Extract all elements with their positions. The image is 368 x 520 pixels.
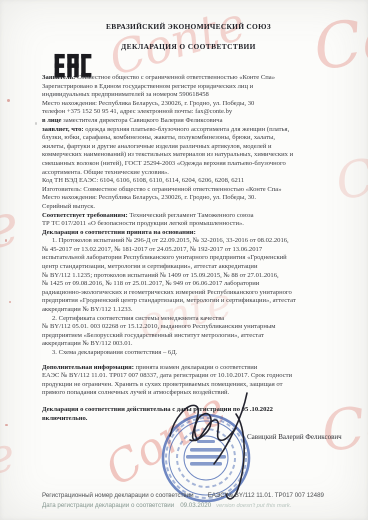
registration-number-value: ЕАЭС № BY/112 11.01. ТР017 007 12489 — [208, 492, 324, 499]
registration-date-value: 09.03.2020 — [180, 502, 211, 509]
demo-watermark-text: version doesn't put this mark. — [216, 503, 291, 509]
union-name: ЕВРАЗИЙСКИЙ ЭКОНОМИЧЕСКИЙ СОЮЗ — [42, 22, 335, 31]
body-line: № BY/112 05.01. 003 02268 от 15.12.2010,… — [42, 323, 338, 332]
conte-watermark-partial: e — [0, 189, 25, 263]
body-line: № 1425 от 09.08.2016, № 118 от 25.01.201… — [42, 280, 338, 289]
signer-name: Савицкий Валерий Феликсович — [247, 433, 342, 441]
declaration-document: Conte Co e Co onte Conte Co e — [0, 0, 368, 520]
body-line: аккредитации № BY/112 003.01. — [42, 340, 338, 349]
body-line: Дополнительная информация: принята взаме… — [42, 364, 338, 373]
ink-speck — [5, 424, 8, 426]
body-line: Изготовитель: Совместное общество с огра… — [42, 186, 338, 195]
ink-speck — [9, 301, 11, 303]
body-line: Серийный выпуск. — [42, 203, 338, 212]
body-line: предприятием «Белорусский государственны… — [42, 332, 338, 341]
body-line: Соответствует требованиям: Технический р… — [42, 212, 338, 221]
body-line: испытательной лаборатории Республиканско… — [42, 254, 338, 263]
body-line: ТР ТС 017/2011 «О безопасности продукции… — [42, 220, 338, 229]
body-line: радиационно-экологических и геометрическ… — [42, 289, 338, 298]
body-line: Место нахождения: Республика Беларусь, 2… — [42, 194, 338, 203]
conte-watermark-partial: e — [0, 426, 19, 486]
body-line: № BY/112 1.1235; протоколов испытаний № … — [42, 272, 338, 281]
body-line: коммерческих наименований) из текстильны… — [42, 151, 338, 160]
body-line: Декларация о соответствии принята на осн… — [42, 229, 338, 238]
body-line: Заявитель: Совместное общество с огранич… — [42, 74, 338, 83]
registration-date-label: Дата регистрации декларации о соответств… — [42, 502, 174, 509]
body-line: центр стандартизации, метрологии и серти… — [42, 263, 338, 272]
body-line: 1. Протоколов испытаний № 296-Д от 22.09… — [42, 237, 338, 246]
registration-footer: Регистрационный номер декларации о соотв… — [42, 492, 352, 511]
body-line: телефон +375 152 50 95 41, адрес электро… — [42, 108, 338, 117]
registration-date-row: Дата регистрации декларации о соответств… — [42, 502, 352, 512]
ink-speck — [7, 99, 10, 102]
body-line: жилеты, фартуки и другие аналогичные изд… — [42, 143, 338, 152]
body-lines: Заявитель: Совместное общество с огранич… — [42, 74, 338, 423]
body-line: заявляет, что: одежда верхняя платьево-б… — [42, 126, 338, 135]
body-line: блузки, юбки, сарафаны, комбинезоны, жак… — [42, 134, 338, 143]
body-line: аккредитации № BY/112 1.1233. — [42, 306, 338, 315]
body-line: индивидуальных предпринимателей за номер… — [42, 91, 338, 100]
body-line: ЕАЭС № BY/112 11.01. ТР017 007 08337, да… — [42, 372, 338, 381]
body-line: Код ТН ВЭД ЕАЭС: 6104, 6106, 6108, 6110,… — [42, 177, 338, 186]
page-title: ДЕКЛАРАЦИЯ О СООТВЕТСТВИИ — [42, 42, 335, 51]
body-line: Место нахождения: Республика Беларусь, 2… — [42, 100, 338, 109]
body-line: № 45-2017 от 13.02.2017, № 181-2017 от 2… — [42, 246, 338, 255]
registration-number-label: Регистрационный номер декларации о соотв… — [42, 492, 194, 499]
body-line: 3. Схема декларирования соответствия – 6… — [42, 349, 338, 358]
ink-speck — [35, 122, 37, 125]
registration-number-row: Регистрационный номер декларации о соотв… — [42, 492, 352, 502]
body-line: 2. Сертификата соответствия системы мене… — [42, 315, 338, 324]
body-line: предприятия «Гродненский центр стандарти… — [42, 297, 338, 306]
ink-speck — [5, 239, 7, 242]
body-line: смешанных волокон (нитей), ГОСТ 25294-20… — [42, 160, 338, 169]
body-line: Зарегистрировано в Едином государственно… — [42, 83, 338, 92]
body-line: в лице заместителя директора Савицкого В… — [42, 117, 338, 126]
body-line: ассортимента. Общие технические условия»… — [42, 169, 338, 178]
